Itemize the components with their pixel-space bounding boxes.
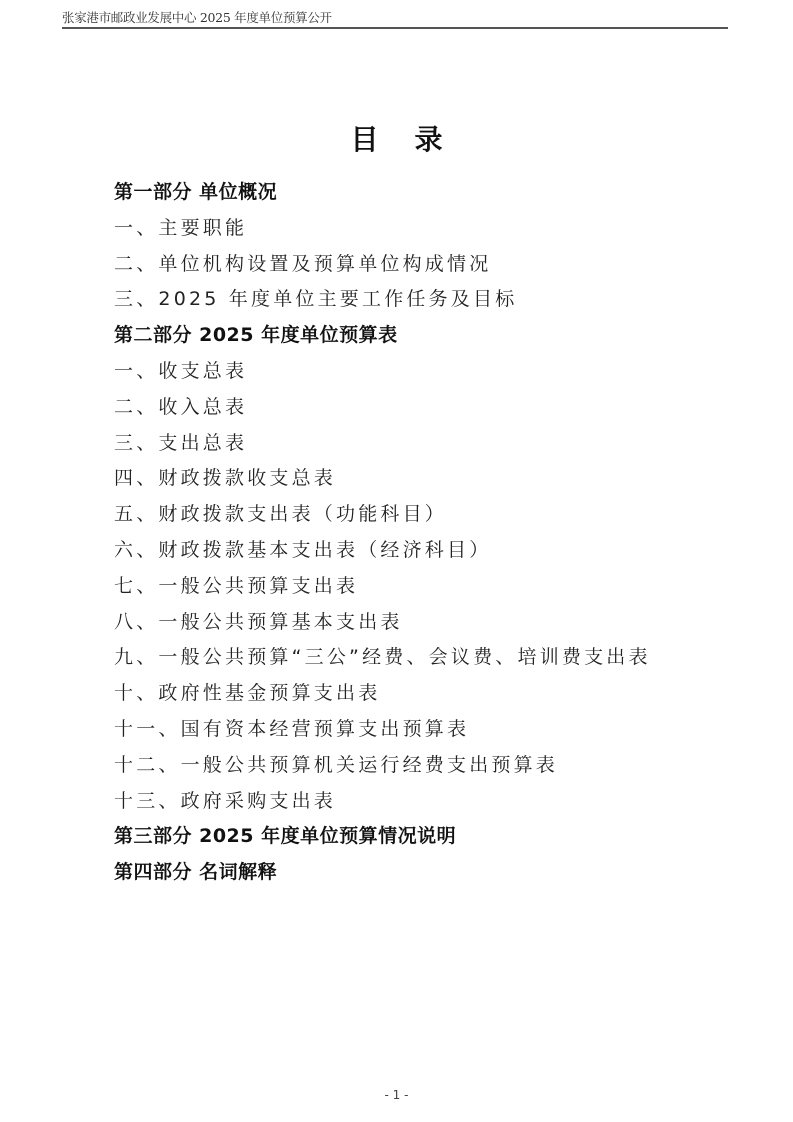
toc-item[interactable]: 十、政府性基金预算支出表 — [114, 677, 651, 713]
toc-item[interactable]: 五、财政拨款支出表（功能科目） — [114, 498, 651, 534]
page-number: - 1 - — [0, 1088, 793, 1102]
toc-part-3[interactable]: 第三部分 2025 年度单位预算情况说明 — [114, 820, 651, 856]
toc-item[interactable]: 三、支出总表 — [114, 427, 651, 463]
toc-item[interactable]: 九、一般公共预算“三公”经费、会议费、培训费支出表 — [114, 641, 651, 677]
toc-item[interactable]: 六、财政拨款基本支出表（经济科目） — [114, 534, 651, 570]
toc-item[interactable]: 一、收支总表 — [114, 355, 651, 391]
toc-item[interactable]: 二、单位机构设置及预算单位构成情况 — [114, 248, 651, 284]
toc-part-4[interactable]: 第四部分 名词解释 — [114, 856, 651, 892]
toc-part-2[interactable]: 第二部分 2025 年度单位预算表 — [114, 319, 651, 355]
page-title: 目录 — [0, 118, 793, 158]
toc-item[interactable]: 二、收入总表 — [114, 391, 651, 427]
header-rule — [62, 27, 728, 29]
toc-item[interactable]: 一、主要职能 — [114, 212, 651, 248]
toc-item[interactable]: 七、一般公共预算支出表 — [114, 570, 651, 606]
toc-part-1[interactable]: 第一部分 单位概况 — [114, 176, 651, 212]
toc-item[interactable]: 十三、政府采购支出表 — [114, 785, 651, 821]
running-header: 张家港市邮政业发展中心 2025 年度单位预算公开 — [62, 8, 728, 28]
toc-item[interactable]: 十二、一般公共预算机关运行经费支出预算表 — [114, 749, 651, 785]
toc-item[interactable]: 四、财政拨款收支总表 — [114, 462, 651, 498]
toc-item[interactable]: 八、一般公共预算基本支出表 — [114, 606, 651, 642]
toc-item[interactable]: 三、2025 年度单位主要工作任务及目标 — [114, 283, 651, 319]
table-of-contents: 第一部分 单位概况 一、主要职能 二、单位机构设置及预算单位构成情况 三、202… — [114, 176, 651, 892]
toc-item[interactable]: 十一、国有资本经营预算支出预算表 — [114, 713, 651, 749]
